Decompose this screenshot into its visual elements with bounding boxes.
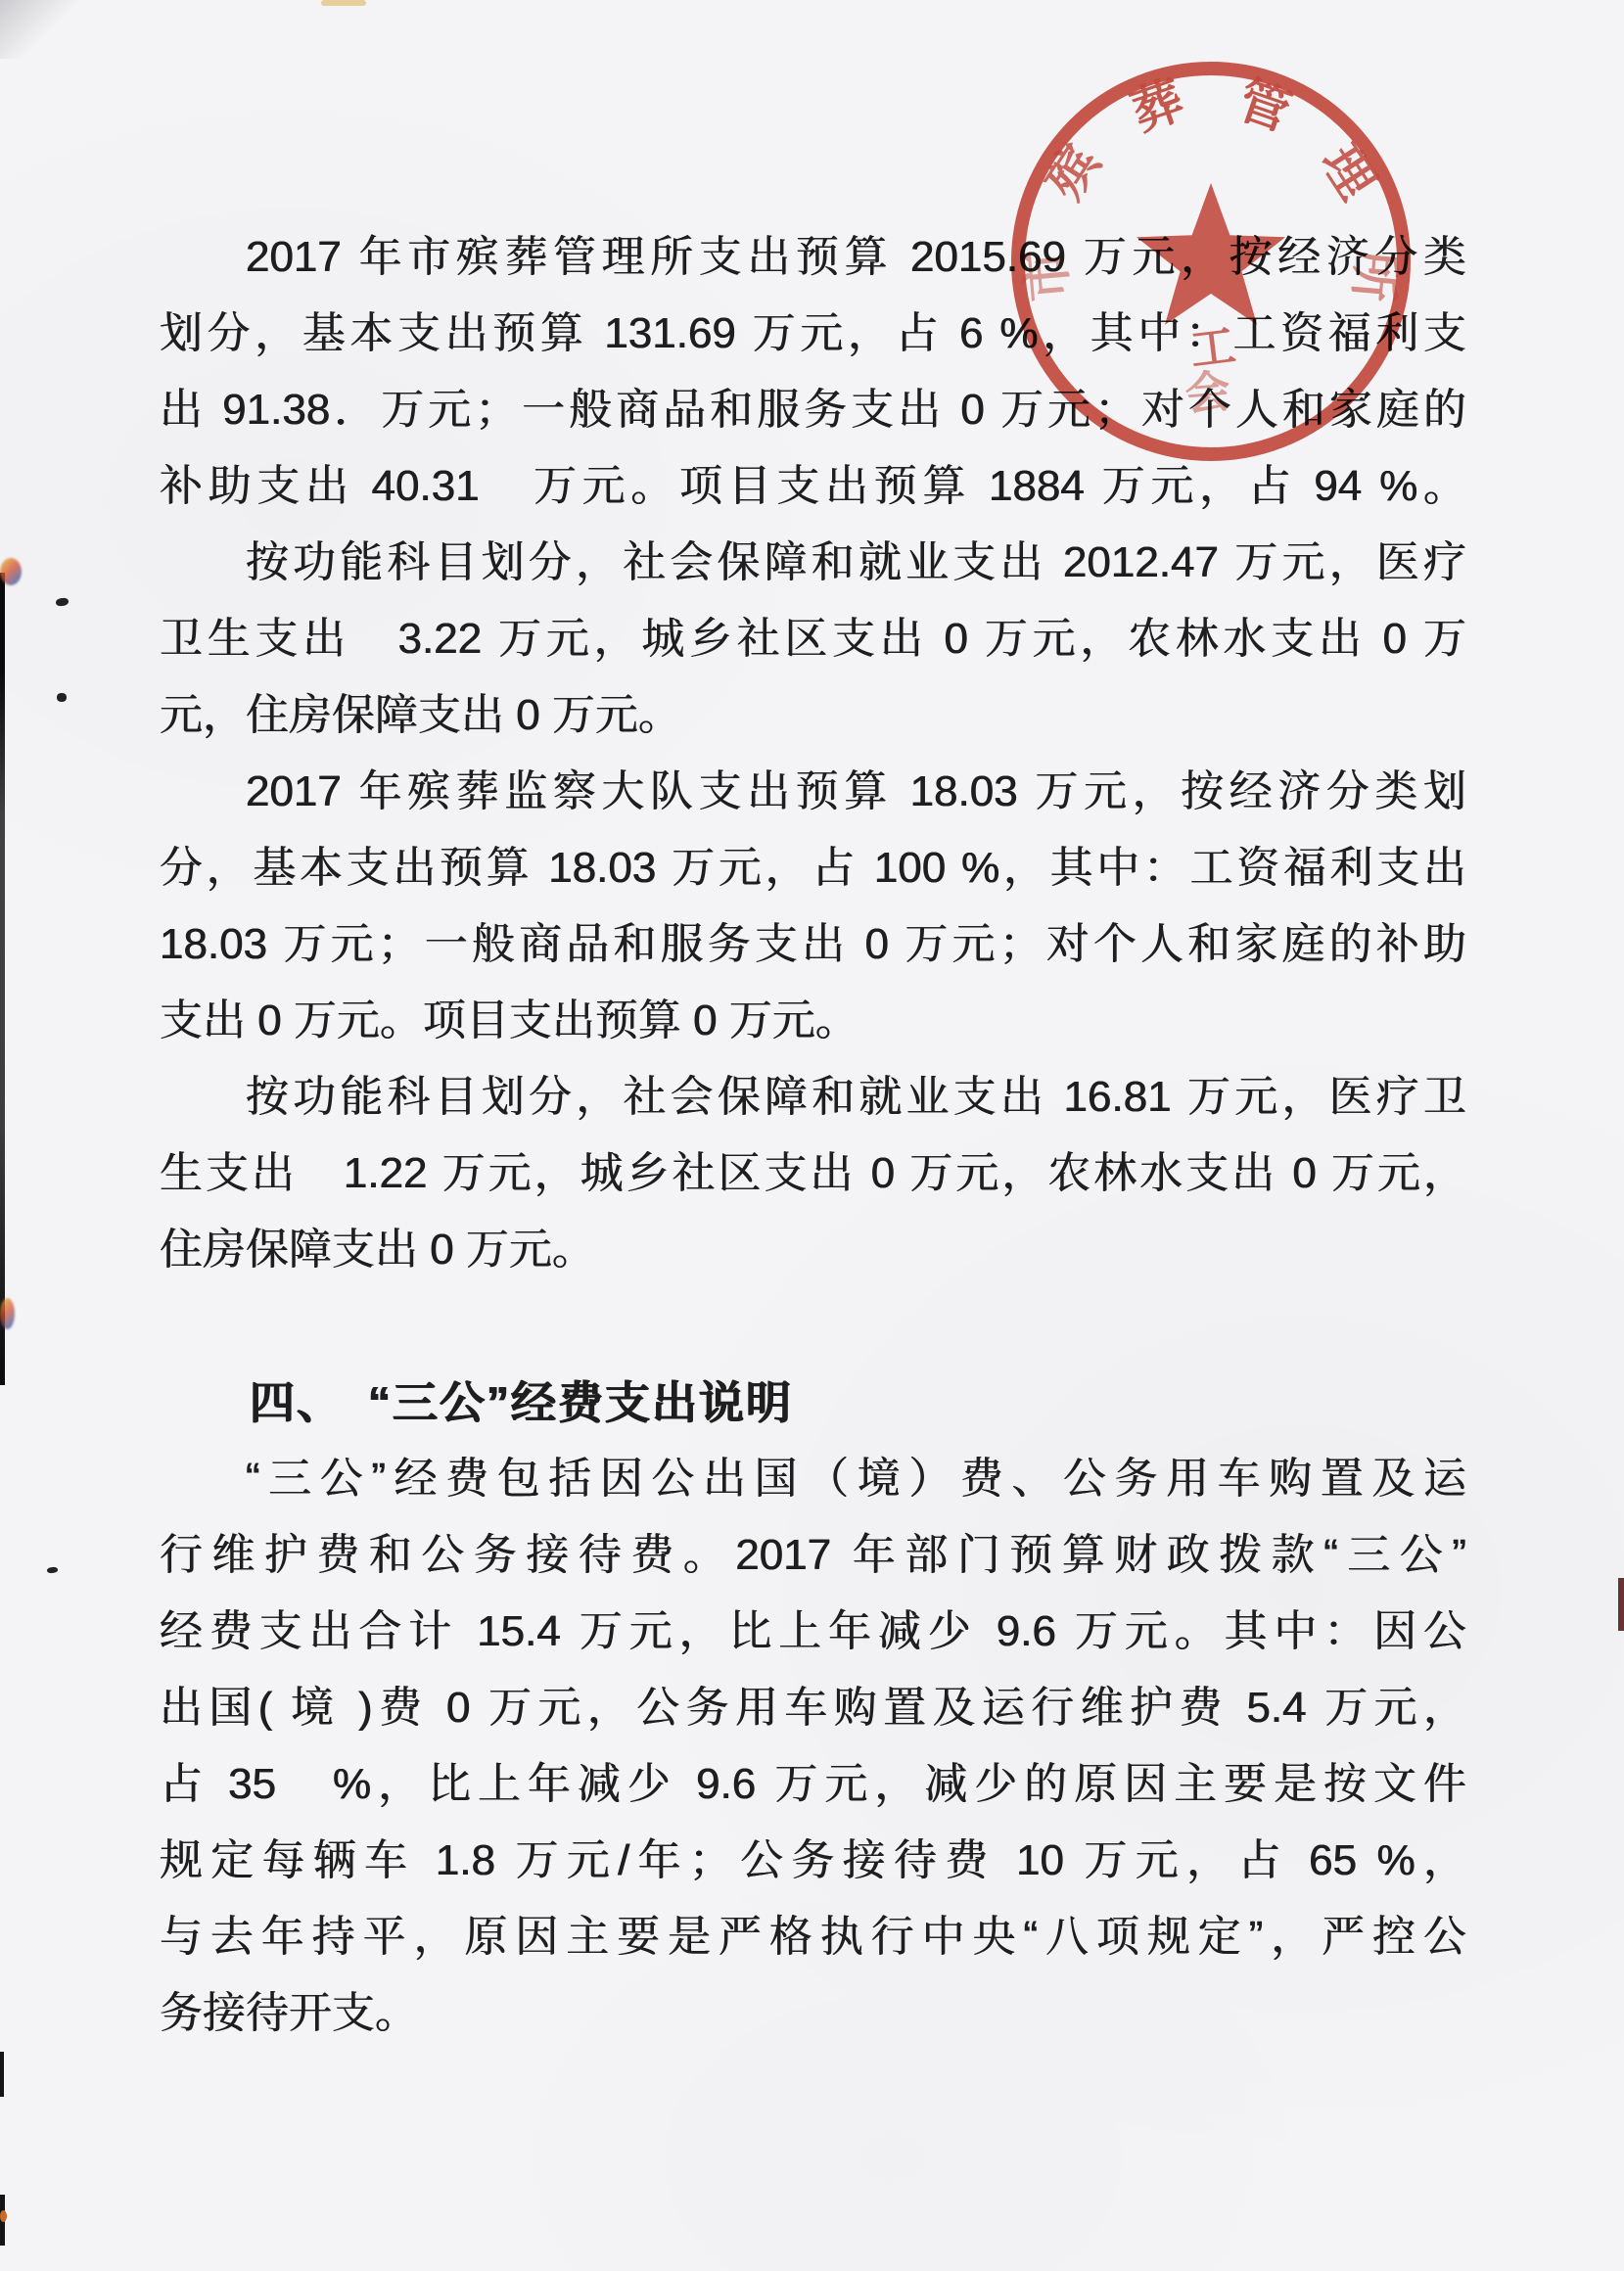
seal-arc-char: 所 bbox=[1343, 248, 1404, 303]
document-line: 元，住房保障支出 0 万元。 bbox=[160, 677, 1466, 754]
scan-artifact-ink-dot bbox=[47, 1566, 59, 1573]
section-heading: 四、 “三公”经费支出说明 bbox=[160, 1365, 1466, 1441]
scan-artifact-color-smudge bbox=[0, 1298, 15, 1329]
document-body: 2017 年市殡葬管理所支出预算 2015.69 万元，按经济分类划分，基本支出… bbox=[160, 219, 1466, 2052]
document-line: 经费支出合计 15.4 万元，比上年减少 9.6 万元。其中：因公 bbox=[160, 1594, 1466, 1670]
document-line: 卫生支出 3.22 万元，城乡社区支出 0 万元，农林水支出 0 万 bbox=[160, 601, 1466, 677]
scan-artifact-ink-dot bbox=[57, 693, 67, 702]
blank-line bbox=[160, 1288, 1466, 1365]
seal-bottom-char: 会 bbox=[1183, 365, 1231, 420]
document-line: 生支出 1.22 万元，城乡社区支出 0 万元，农林水支出 0 万元， bbox=[160, 1135, 1466, 1212]
document-line: 分，基本支出预算 18.03 万元，占 100 %，其中：工资福利支出 bbox=[160, 830, 1466, 906]
seal-arc-char: 市 bbox=[1018, 248, 1079, 303]
document-line: 行维护费和公务接待费。2017 年部门预算财政拨款“三公” bbox=[160, 1517, 1466, 1594]
scan-artifact-ink-dot bbox=[56, 597, 70, 607]
scan-artifact-corner-shade bbox=[0, 0, 78, 59]
scan-artifact-right-edge bbox=[1618, 1578, 1624, 1631]
seal-arc-char: 理 bbox=[1311, 135, 1386, 209]
document-line: 与去年持平，原因主要是严格执行中央“八项规定”，严控公 bbox=[160, 1899, 1466, 1975]
scan-artifact-color-smudge bbox=[0, 2210, 7, 2222]
scan-artifact-left-edge bbox=[0, 2052, 4, 2097]
document-line: 按功能科目划分，社会保障和就业支出 2012.47 万元，医疗 bbox=[160, 525, 1466, 601]
document-line: 规定每辆车 1.8 万元/年；公务接待费 10 万元，占 65 %， bbox=[160, 1823, 1466, 1899]
document-line: 住房保障支出 0 万元。 bbox=[160, 1212, 1466, 1288]
document-line: 出国( 境 )费 0 万元，公务用车购置及运行维护费 5.4 万元， bbox=[160, 1670, 1466, 1746]
scanned-document-page: 2017 年市殡葬管理所支出预算 2015.69 万元，按经济分类划分，基本支出… bbox=[0, 0, 1624, 2271]
document-line: 占 35 %，比上年减少 9.6 万元，减少的原因主要是按文件 bbox=[160, 1746, 1466, 1823]
document-line: “三公”经费包括因公出国（境）费、公务用车购置及运 bbox=[160, 1441, 1466, 1517]
seal-arc-char: 殡 bbox=[1036, 135, 1111, 209]
document-line: 支出 0 万元。项目支出预算 0 万元。 bbox=[160, 983, 1466, 1059]
scan-artifact-left-edge bbox=[0, 573, 5, 1385]
document-line: 按功能科目划分，社会保障和就业支出 16.81 万元，医疗卫 bbox=[160, 1059, 1466, 1135]
scan-artifact-top-speck bbox=[321, 0, 366, 6]
document-line: 18.03 万元；一般商品和服务支出 0 万元；对个人和家庭的补助 bbox=[160, 906, 1466, 983]
seal-star-icon bbox=[1137, 183, 1285, 325]
document-line: 务接待开支。 bbox=[160, 1975, 1466, 2052]
official-red-seal: 市 殡 葬 管 理 所 工 会 bbox=[996, 54, 1426, 469]
scan-artifact-color-smudge bbox=[0, 558, 22, 585]
document-line: 2017 年殡葬监察大队支出预算 18.03 万元，按经济分类划 bbox=[160, 754, 1466, 830]
